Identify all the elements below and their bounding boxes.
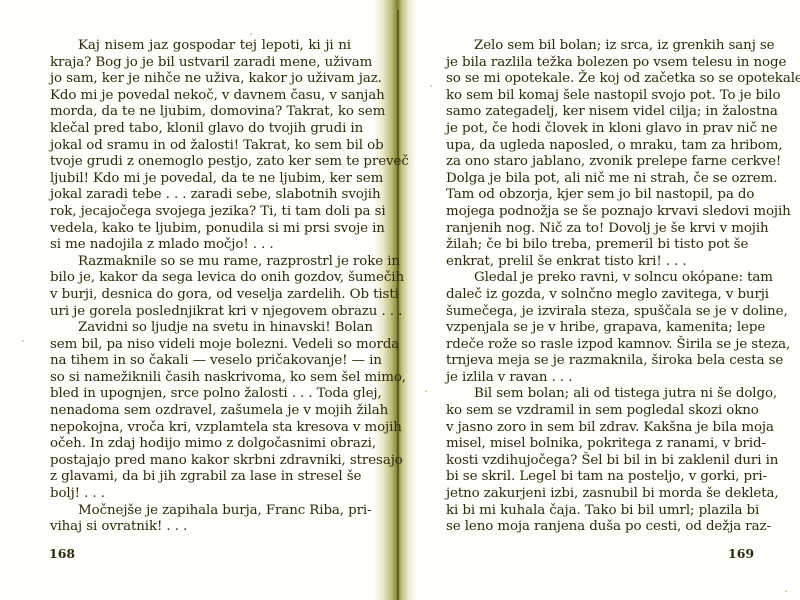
right-page-text: Zelo sem bil bolan; iz srca, iz grenkih … <box>446 38 748 536</box>
text-line: Tam od obzorja, kjer sem jo bil nastopil… <box>446 187 748 204</box>
text-line: Kdo mi je povedal nekoč, v davnem času, … <box>50 88 351 105</box>
text-line: trnjeva meja se je razmaknila, široka be… <box>446 353 748 370</box>
text-line: bolj! . . . <box>50 486 351 503</box>
text-line: Razmaknile so se mu rame, razprostrl je … <box>50 254 351 271</box>
text-line: jokal od sramu in od žalosti! Takrat, ko… <box>50 138 351 155</box>
text-line: žilah; če bi bilo treba, premeril bi tis… <box>446 237 748 254</box>
paper-speck <box>425 390 427 392</box>
text-line: kraja? Bog jo je bil ustvaril zaradi men… <box>50 55 351 72</box>
text-line: šumečega, je izvirala steza, spuščala se… <box>446 304 748 321</box>
text-line: Dolga je bila pot, ali nič me ni strah, … <box>446 171 748 188</box>
text-line: na tihem in so čakali — veselo pričakova… <box>50 353 351 370</box>
text-line: postajajo pred mano kakor skrbni zdravni… <box>50 453 351 470</box>
text-line: bi se skril. Legel bi tam na posteljo, v… <box>446 469 748 486</box>
left-page-number: 168 <box>49 546 75 561</box>
text-line: je pot, če hodi človek in kloni glavo in… <box>446 121 748 138</box>
text-line: so si namežiknili časih naskrivoma, ko s… <box>50 370 351 387</box>
text-line: vedela, kako te ljubim, ponudila si mi p… <box>50 221 351 238</box>
text-line: z glavami, da bi jih zgrabil za lase in … <box>50 469 351 486</box>
text-line: Zavidni so ljudje na svetu in hinavski! … <box>50 320 351 337</box>
text-line: jo sam, ker je nihče ne uživa, kakor jo … <box>50 71 351 88</box>
text-line: Bil sem bolan; ali od tistega jutra ni š… <box>446 386 748 403</box>
text-line: Zelo sem bil bolan; iz srca, iz grenkih … <box>446 38 748 55</box>
text-line: Gledal je preko ravni, v solncu okópane:… <box>446 270 748 287</box>
text-line: se leno moja ranjena duša po cesti, od d… <box>446 519 748 536</box>
text-line: nepokojna, vroča kri, vzplamtela sta kre… <box>50 420 351 437</box>
right-page-number: 169 <box>728 546 754 561</box>
paper-speck <box>785 590 787 592</box>
text-line: v jasno zoro in sem bil zdrav. Kakšna je… <box>446 420 748 437</box>
text-line: kosti vzdihujočega? Šel bi bil in bi zak… <box>446 453 748 470</box>
text-line: enkrat, prelil še enkrat tisto kri! . . … <box>446 254 748 271</box>
text-line: za ono staro jablano, zvonik prelepe far… <box>446 154 748 171</box>
text-line: ko sem bil komaj šele nastopil svojo pot… <box>446 88 748 105</box>
book-spread: Kaj nisem jaz gospodar tej lepoti, ki ji… <box>0 0 800 600</box>
text-line: rok, jecajočega svojega jezika? Ti, ti t… <box>50 204 351 221</box>
text-line: jokal zaradi tebe . . . zaradi sebe, sla… <box>50 187 351 204</box>
text-line: samo zategadelj, ker nisem videl cilja; … <box>446 104 748 121</box>
text-line: bilo je, kakor da sega levica do onih go… <box>50 270 351 287</box>
text-line: misel, misel bolnika, pokritega z ranami… <box>446 436 748 453</box>
text-line: nenadoma sem ozdravel, zašumela je v moj… <box>50 403 351 420</box>
text-line: v burji, desnica do gora, od veselja zar… <box>50 287 351 304</box>
left-page-text: Kaj nisem jaz gospodar tej lepoti, ki ji… <box>50 38 351 536</box>
text-line: tvoje grudi z onemoglo pestjo, zato ker … <box>50 154 351 171</box>
text-line: ki bi mi kuhala čaja. Tako bi bil umrl; … <box>446 503 748 520</box>
text-line: jetno zakurjeni izbi, zasnubil bi morda … <box>446 486 748 503</box>
text-line: upa, da ugleda naposled, o mraku, tam za… <box>446 138 748 155</box>
paper-speck <box>250 33 252 35</box>
paper-speck <box>430 85 432 87</box>
text-line: vzpenjala se je v hribe, grapava, kameni… <box>446 320 748 337</box>
text-line: so se mi opotekale. Že koj od začetka so… <box>446 71 748 88</box>
text-line: je izlila v ravan . . . <box>446 370 748 387</box>
text-line: uri je gorela poslednjikrat kri v njegov… <box>50 304 351 321</box>
text-line: je bila razlila težka bolezen po vsem te… <box>446 55 748 72</box>
text-line: daleč iz gozda, v solnčno meglo zavitega… <box>446 287 748 304</box>
text-line: ko sem se vzdramil in sem pogledal skozi… <box>446 403 748 420</box>
text-line: morda, da te ne ljubim, domovina? Takrat… <box>50 104 351 121</box>
text-line: Močnejše je zapihala burja, Franc Riba, … <box>50 503 351 520</box>
text-line: si me nadojila z mlado močjo! . . . <box>50 237 351 254</box>
paper-speck <box>22 340 24 342</box>
text-line: očeh. In zdaj hodijo mimo z dolgočasnimi… <box>50 436 351 453</box>
text-line: ranjenih nog. Nič za to! Dovolj je še kr… <box>446 221 748 238</box>
text-line: vihaj si ovratnik! . . . <box>50 519 351 536</box>
text-line: Kaj nisem jaz gospodar tej lepoti, ki ji… <box>50 38 351 55</box>
text-line: ljubil! Kdo mi je povedal, da te ne ljub… <box>50 171 351 188</box>
text-line: rdeče rože so rasle izpod kamnov. Širila… <box>446 337 748 354</box>
text-line: sem bil, pa niso videli moje bolezni. Ve… <box>50 337 351 354</box>
text-line: klečal pred tabo, klonil glavo do tvojih… <box>50 121 351 138</box>
text-line: bled in upognjen, srce polno žalosti . .… <box>50 386 351 403</box>
text-line: mojega podnožja se še poznajo krvavi sle… <box>446 204 748 221</box>
